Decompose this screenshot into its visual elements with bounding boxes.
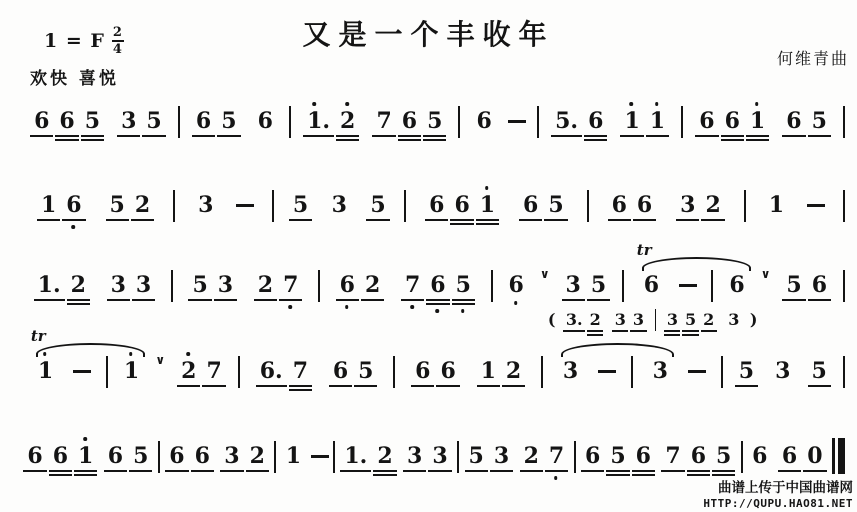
note: 3 xyxy=(489,445,514,467)
note-digit: 6 xyxy=(636,445,651,467)
note-digit: 5 xyxy=(133,445,148,467)
measure: 3 xyxy=(175,194,272,216)
note: 5 xyxy=(422,110,447,132)
note-digit: 6 xyxy=(430,274,445,296)
note-digit: 3 xyxy=(136,274,151,296)
note: 6 xyxy=(639,274,664,296)
note: 6 xyxy=(190,445,215,467)
octave-dot-low xyxy=(71,225,75,229)
beat-group xyxy=(679,284,697,296)
octave-dot-high xyxy=(83,437,87,441)
note: 3 xyxy=(725,312,743,328)
note: 1 xyxy=(745,110,770,132)
note: 3 xyxy=(663,312,681,328)
note: 5 xyxy=(105,194,130,216)
note: 5 xyxy=(128,445,153,467)
octave-dot-high xyxy=(755,102,759,106)
measure: 1 xyxy=(18,360,106,382)
note-digit: 5 xyxy=(591,274,606,296)
note-digit: 6 xyxy=(509,274,524,296)
song-title: 又是一个丰收年 xyxy=(0,13,857,53)
measure: 62765 xyxy=(320,274,491,296)
note-digit: 6 xyxy=(258,110,273,132)
note-digit: 5 xyxy=(370,194,385,216)
duration-dash xyxy=(679,284,697,287)
note-digit: 3 xyxy=(728,312,739,328)
measure: 66535 xyxy=(18,110,178,132)
note-digit: 6 xyxy=(699,110,714,132)
note: 1 xyxy=(36,194,61,216)
note-digit: 6 xyxy=(729,274,744,296)
note: 3 xyxy=(558,360,583,382)
note-digit: 6 xyxy=(454,194,469,216)
beat-group xyxy=(598,370,616,382)
measure: 1 xyxy=(746,194,843,216)
note-digit: 5 xyxy=(146,110,161,132)
beat-group: 1.2 xyxy=(302,110,360,132)
note: 6. xyxy=(255,360,288,382)
duration-dash xyxy=(311,455,329,458)
note: 2 xyxy=(501,360,526,382)
beat-group: 56 xyxy=(781,274,832,296)
beat-group xyxy=(311,455,329,467)
note: 3 xyxy=(675,194,700,216)
note: 1 xyxy=(73,445,98,467)
measure: 656765 xyxy=(576,445,741,467)
note: 3 xyxy=(561,274,586,296)
note-digit: 6 xyxy=(195,445,210,467)
beat-group: 60 xyxy=(777,445,828,467)
paren-open: ( xyxy=(548,312,556,328)
measure: 6612 xyxy=(395,360,541,382)
note: 6 xyxy=(607,194,632,216)
octave-dot-high xyxy=(655,102,659,106)
note-digit: 3 xyxy=(121,110,136,132)
note: 2 xyxy=(372,445,397,467)
beat-group: 27 xyxy=(519,445,570,467)
note-digit: 5 xyxy=(192,274,207,296)
final-barline xyxy=(832,438,845,474)
note-digit: 2 xyxy=(703,312,714,328)
note-digit: 1 xyxy=(750,110,765,132)
note-digit: 5 xyxy=(685,312,696,328)
note: 5 xyxy=(365,194,390,216)
note-digit: 6 xyxy=(637,194,652,216)
duration-dash xyxy=(73,370,91,373)
trill-label: tr xyxy=(637,241,652,259)
note-digit: 1. xyxy=(307,110,330,132)
note: 5 xyxy=(80,110,105,132)
note: 1 xyxy=(281,445,306,467)
note-digit: 7 xyxy=(293,360,308,382)
beat-group: 3 xyxy=(770,360,795,382)
note: 1. xyxy=(339,445,372,467)
note-digit: 3. xyxy=(566,312,583,328)
note-digit: 6 xyxy=(27,445,42,467)
octave-dot-high xyxy=(485,186,489,190)
octave-dot-low xyxy=(461,309,465,313)
beat-group: 661 xyxy=(22,445,98,467)
note: 2 xyxy=(130,194,155,216)
beat-group xyxy=(807,204,825,216)
note: 1 xyxy=(33,360,58,382)
note-digit: 3 xyxy=(667,312,678,328)
note-digit: 1 xyxy=(624,110,639,132)
note-digit: 2 xyxy=(705,194,720,216)
measure: 1.2765 xyxy=(291,110,458,132)
beat-group: 6 xyxy=(472,110,497,132)
beat-group: ∨ xyxy=(761,268,771,296)
note-digit: 5 xyxy=(716,445,731,467)
note: 6 xyxy=(720,110,745,132)
beat-group: 32 xyxy=(675,194,726,216)
beat-group: 27 xyxy=(253,274,304,296)
note: 6 xyxy=(472,110,497,132)
beat-group: 1 xyxy=(281,445,306,467)
measure: 6∨35 xyxy=(493,268,623,296)
beat-group: 65 xyxy=(328,360,379,382)
trill-arc xyxy=(36,343,145,357)
beat-group: 765 xyxy=(660,445,736,467)
note-digit: 6 xyxy=(477,110,492,132)
measure: 6 xyxy=(624,274,711,296)
note-digit: 6 xyxy=(59,110,74,132)
note: 5 xyxy=(216,110,241,132)
beat-group: 6 xyxy=(724,274,749,296)
note-digit: 6 xyxy=(588,110,603,132)
score-line-5: 66165663211.2335327656765660 xyxy=(18,441,845,467)
measure: 3 xyxy=(633,360,721,382)
beat-group: ) xyxy=(750,312,758,328)
note: 2 xyxy=(586,312,604,328)
note: 5 xyxy=(187,274,212,296)
beat-group: 1.2 xyxy=(33,274,91,296)
note-digit: 1 xyxy=(41,194,56,216)
watermark-site-name: 曲谱上传于中国曲谱网 xyxy=(703,480,853,497)
beat-group: 661 xyxy=(694,110,770,132)
note-digit: 5 xyxy=(221,110,236,132)
note: 3 xyxy=(402,445,427,467)
note-digit: 2 xyxy=(71,274,86,296)
beat-group: 35 xyxy=(116,110,167,132)
final-bar-thick xyxy=(838,438,845,474)
beat-group: 65 xyxy=(191,110,242,132)
beat-group: 661 xyxy=(424,194,500,216)
beat-group: 33 xyxy=(106,274,157,296)
trill-arc xyxy=(642,257,751,271)
note: 3 xyxy=(629,312,647,328)
measure: 1652 xyxy=(18,194,173,216)
note-digit: 3 xyxy=(111,274,126,296)
beat-group: ∨ xyxy=(540,268,550,296)
measure: 66165 xyxy=(683,110,843,132)
note: 0 xyxy=(802,445,827,467)
beat-group: 62 xyxy=(335,274,386,296)
note-digit: 2 xyxy=(524,445,539,467)
note: 1. xyxy=(302,110,335,132)
note-digit: 5 xyxy=(786,274,801,296)
beat-group: 3 xyxy=(327,194,352,216)
note-digit: 5. xyxy=(555,110,578,132)
note: 6 xyxy=(583,110,608,132)
beat-group: 3 xyxy=(558,360,583,382)
note: 2 xyxy=(66,274,91,296)
beat-group: 65 xyxy=(103,445,154,467)
measure: 6 xyxy=(460,110,537,132)
beat-group: 66 xyxy=(410,360,461,382)
note: 5 xyxy=(141,110,166,132)
note: 3. xyxy=(562,312,586,328)
note: 6 xyxy=(410,360,435,382)
note: 6 xyxy=(335,274,360,296)
barline xyxy=(843,190,845,222)
slur-arc xyxy=(561,343,674,357)
note: 6 xyxy=(54,110,79,132)
note-digit: 1 xyxy=(286,445,301,467)
beat-group: 12 xyxy=(476,360,527,382)
measure: 1.233 xyxy=(18,274,171,296)
beat-group: 656 xyxy=(580,445,656,467)
note-digit: 3 xyxy=(615,312,626,328)
beat-group: 53 xyxy=(187,274,238,296)
note-digit: 5 xyxy=(85,110,100,132)
note-digit: 5 xyxy=(427,110,442,132)
note-digit: 1 xyxy=(480,194,495,216)
note-digit: 3 xyxy=(224,445,239,467)
note-digit: 3 xyxy=(775,360,790,382)
measure: 535 xyxy=(274,194,404,216)
beat-group: 27 xyxy=(176,360,227,382)
note: 3 xyxy=(611,312,629,328)
octave-dot-low xyxy=(514,301,518,305)
note-digit: 3 xyxy=(432,445,447,467)
note: 6 xyxy=(164,445,189,467)
beat-group: 5 xyxy=(365,194,390,216)
measure: 6632 xyxy=(160,445,275,467)
note: 7 xyxy=(400,274,425,296)
note-digit: 2 xyxy=(181,360,196,382)
octave-dot-low xyxy=(410,305,414,309)
note: 6 xyxy=(435,360,460,382)
note-digit: 7 xyxy=(549,445,564,467)
beat-group: 32 xyxy=(219,445,270,467)
note-digit: 0 xyxy=(807,445,822,467)
beat-group: 1.2 xyxy=(339,445,397,467)
beat-group: 352 xyxy=(663,312,717,328)
octave-dot-high xyxy=(345,102,349,106)
note: 2 xyxy=(519,445,544,467)
note-digit: 3 xyxy=(218,274,233,296)
note: 7 xyxy=(660,445,685,467)
note: 5 xyxy=(734,360,759,382)
note: 5 xyxy=(807,110,832,132)
beat-group: 6 xyxy=(504,274,529,296)
note: 6 xyxy=(580,445,605,467)
note: 6 xyxy=(449,194,474,216)
duration-dash xyxy=(807,204,825,207)
note: 1 xyxy=(645,110,670,132)
note-digit: 3 xyxy=(198,194,213,216)
note: 5 xyxy=(288,194,313,216)
beat-group: 11 xyxy=(619,110,670,132)
sheet-music-page: 1 = F 2 4 欢快 喜悦 又是一个丰收年 何维青曲 665356561.2… xyxy=(0,0,857,512)
measure: 5.611 xyxy=(539,110,681,132)
note-digit: 6 xyxy=(415,360,430,382)
note: 2 xyxy=(176,360,201,382)
note: 6 xyxy=(518,194,543,216)
note-digit: 6 xyxy=(402,110,417,132)
note: 5 xyxy=(543,194,568,216)
beat-group: 6.7 xyxy=(255,360,313,382)
note-digit: 6 xyxy=(440,360,455,382)
note-digit: 7 xyxy=(405,274,420,296)
note: 2 xyxy=(360,274,385,296)
note: 6 xyxy=(724,274,749,296)
note-digit: 1 xyxy=(769,194,784,216)
beat-group: 5 xyxy=(734,360,759,382)
note: 6 xyxy=(631,445,656,467)
beat-group: 33 xyxy=(611,312,647,328)
note: 3 xyxy=(131,274,156,296)
octave-dot-low xyxy=(288,305,292,309)
paren-close: ) xyxy=(750,312,758,328)
note: 6 xyxy=(777,445,802,467)
note: 6 xyxy=(504,274,529,296)
beat-group xyxy=(73,370,91,382)
note-digit: 5 xyxy=(739,360,754,382)
note: 5 xyxy=(781,274,806,296)
note-digit: 7 xyxy=(376,110,391,132)
note-digit: 7 xyxy=(665,445,680,467)
beat-group: 5.6 xyxy=(550,110,608,132)
beat-group: 1 xyxy=(764,194,789,216)
note-digit: 2 xyxy=(365,274,380,296)
note-digit: 1 xyxy=(124,360,139,382)
measure: 6.765 xyxy=(240,360,393,382)
note: 6 xyxy=(29,110,54,132)
composer-credit: 何维青曲 xyxy=(777,46,849,69)
note: 5 xyxy=(451,274,476,296)
note-digit: 6 xyxy=(585,445,600,467)
note: 5 xyxy=(807,360,832,382)
beat-group: 16 xyxy=(36,194,87,216)
note-digit: 6 xyxy=(752,445,767,467)
note-digit: 6 xyxy=(429,194,444,216)
score-line-3: 1.2335327627656∨3566∨56tr xyxy=(18,270,845,296)
beat-group xyxy=(236,204,254,216)
note-digit: 7 xyxy=(283,274,298,296)
note-digit: 3 xyxy=(332,194,347,216)
note: 5 xyxy=(586,274,611,296)
note-digit: 3 xyxy=(494,445,509,467)
beat-group xyxy=(508,120,526,132)
note: 7 xyxy=(288,360,313,382)
measure: 1∨27 xyxy=(108,354,238,382)
octave-dot-low xyxy=(345,305,349,309)
note: 3 xyxy=(116,110,141,132)
note-digit: 5 xyxy=(110,194,125,216)
score-line-1: 665356561.276565.61166165 xyxy=(18,106,845,132)
beat-group: 5 xyxy=(288,194,313,216)
measure: 5327 xyxy=(173,274,318,296)
note-digit: 6 xyxy=(786,110,801,132)
note: 3 xyxy=(219,445,244,467)
beat-group: 765 xyxy=(371,110,447,132)
note-digit: 5 xyxy=(548,194,563,216)
beat-group: 65 xyxy=(781,110,832,132)
note-digit: 6 xyxy=(108,445,123,467)
note-digit: 5 xyxy=(610,445,625,467)
beat-group: 1 xyxy=(33,360,58,382)
final-bar-thin xyxy=(832,438,835,474)
note: 3 xyxy=(193,194,218,216)
beat-group: 3 xyxy=(648,360,673,382)
beat-group: 765 xyxy=(400,274,476,296)
note: 6 xyxy=(397,110,422,132)
watermark-url: HTTP://QUPU.HAO81.NET xyxy=(703,497,853,511)
note-digit: 2 xyxy=(590,312,601,328)
note-digit: 5 xyxy=(812,360,827,382)
note-digit: 3 xyxy=(566,274,581,296)
note-digit: 2 xyxy=(258,274,273,296)
note: 6 xyxy=(424,194,449,216)
note: 1 xyxy=(475,194,500,216)
note-digit: 5 xyxy=(293,194,308,216)
note: 2 xyxy=(245,445,270,467)
beat-group: 3 xyxy=(725,312,743,328)
note: 5 xyxy=(353,360,378,382)
note-digit: 6 xyxy=(782,445,797,467)
note-digit: 1 xyxy=(38,360,53,382)
note-digit: 3 xyxy=(563,360,578,382)
note-digit: 6 xyxy=(333,360,348,382)
note: 3 xyxy=(213,274,238,296)
note: 3 xyxy=(106,274,131,296)
beat-group: 6 xyxy=(639,274,664,296)
note-digit: 5 xyxy=(456,274,471,296)
note-digit: 6 xyxy=(340,274,355,296)
breath-mark: ∨ xyxy=(155,354,165,366)
beat-group: 3.2 xyxy=(562,312,604,328)
measure: 66165 xyxy=(18,445,158,467)
note: 6 xyxy=(425,274,450,296)
note-digit: 1. xyxy=(344,445,367,467)
note-digit: 6 xyxy=(644,274,659,296)
beat-group: 5 xyxy=(807,360,832,382)
note: 6 xyxy=(191,110,216,132)
beat-group: 66 xyxy=(164,445,215,467)
note: 2 xyxy=(700,312,718,328)
beat-group: 665 xyxy=(29,110,105,132)
note: 2 xyxy=(253,274,278,296)
measure: 3 xyxy=(543,360,631,382)
octave-dot-high xyxy=(630,102,634,106)
measure: 1.233 xyxy=(335,445,457,467)
note: 6 xyxy=(694,110,719,132)
beat-group: 3 xyxy=(193,194,218,216)
trill-label: tr xyxy=(31,327,46,345)
beat-group: 53 xyxy=(464,445,515,467)
note-digit: 6 xyxy=(53,445,68,467)
measure: 66165 xyxy=(406,194,586,216)
note: 6 xyxy=(103,445,128,467)
note-digit: 3 xyxy=(633,312,644,328)
note: 5 xyxy=(464,445,489,467)
note: 2 xyxy=(335,110,360,132)
ossia-phrase: (3.2333523) xyxy=(548,309,758,328)
duration-dash xyxy=(508,120,526,123)
note-digit: 6 xyxy=(66,194,81,216)
